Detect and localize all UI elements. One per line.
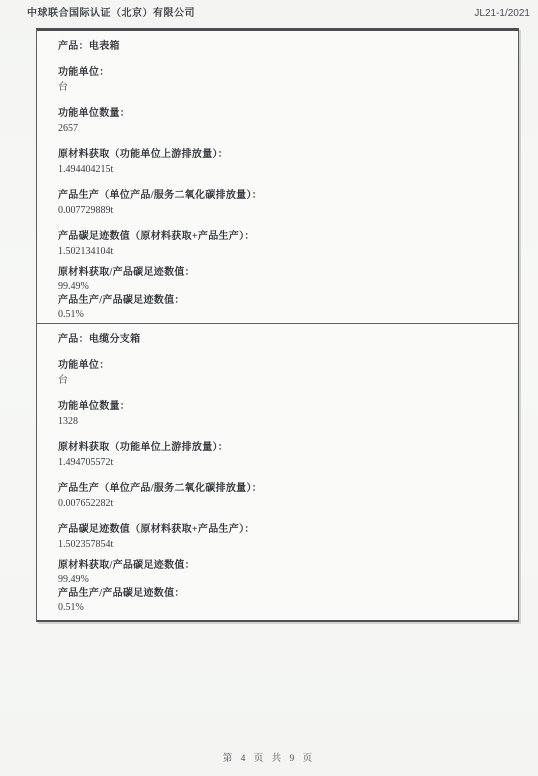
field-carbon-footprint: 产品碳足迹数值（原材料获取+产品生产）： 1.502357854t [58, 522, 500, 552]
field-value: 2657 [58, 121, 500, 136]
ratio-label: 原材料获取/产品碳足迹数值： [58, 266, 500, 280]
field-production: 产品生产（单位产品/服务二氧化碳排放量）： 0.007729889t [58, 188, 500, 218]
field-value: 台 [58, 373, 500, 388]
ratio-value: 99.49% [58, 573, 500, 587]
field-label: 原材料获取（功能单位上游排放量）： [58, 440, 500, 455]
field-label: 产品碳足迹数值（原材料获取+产品生产）： [58, 522, 500, 537]
field-functional-unit: 功能单位： 台 [58, 358, 500, 388]
field-value: 1.494404215t [58, 162, 500, 177]
field-label: 功能单位： [58, 65, 500, 80]
product-name: 电缆分支箱 [89, 334, 141, 345]
field-label: 原材料获取（功能单位上游排放量）： [58, 147, 500, 162]
field-value: 1.494705572t [58, 455, 500, 470]
ratio-section: 原材料获取/产品碳足迹数值： 99.49% 产品生产/产品碳足迹数值： 0.51… [58, 559, 500, 615]
ratio-label: 产品生产/产品碳足迹数值： [58, 587, 500, 601]
field-functional-unit: 功能单位： 台 [58, 65, 500, 95]
product-label: 产品： [58, 41, 89, 52]
page-number: 第 4 页 共 9 页 [0, 750, 538, 764]
field-unit-quantity: 功能单位数量： 2657 [58, 106, 500, 136]
product-title-line: 产品：电缆分支箱 [58, 332, 500, 347]
field-raw-material: 原材料获取（功能单位上游排放量）： 1.494404215t [58, 147, 500, 177]
product-block-1: 产品：电表箱 功能单位： 台 功能单位数量： 2657 原材料获取（功能单位上游… [37, 31, 518, 323]
field-label: 产品碳足迹数值（原材料获取+产品生产）： [58, 229, 500, 244]
ratio-section: 原材料获取/产品碳足迹数值： 99.49% 产品生产/产品碳足迹数值： 0.51… [58, 266, 500, 322]
document-box: 产品：电表箱 功能单位： 台 功能单位数量： 2657 原材料获取（功能单位上游… [36, 28, 519, 622]
field-carbon-footprint: 产品碳足迹数值（原材料获取+产品生产）： 1.502134104t [58, 229, 500, 259]
field-label: 功能单位数量： [58, 399, 500, 414]
field-value: 1.502357854t [58, 537, 500, 552]
field-raw-material: 原材料获取（功能单位上游排放量）： 1.494705572t [58, 440, 500, 470]
field-value: 0.007652282t [58, 496, 500, 511]
ratio-label: 产品生产/产品碳足迹数值： [58, 294, 500, 308]
field-unit-quantity: 功能单位数量： 1328 [58, 399, 500, 429]
product-title-line: 产品：电表箱 [58, 39, 500, 54]
ratio-value: 0.51% [58, 601, 500, 615]
product-block-2: 产品：电缆分支箱 功能单位： 台 功能单位数量： 1328 原材料获取（功能单位… [37, 323, 518, 619]
field-label: 功能单位数量： [58, 106, 500, 121]
company-name: 中球联合国际认证（北京）有限公司 [27, 4, 195, 19]
doc-number: JL21-1/2021 [474, 8, 530, 19]
field-production: 产品生产（单位产品/服务二氧化碳排放量）： 0.007652282t [58, 481, 500, 511]
field-value: 1.502134104t [58, 244, 500, 259]
ratio-value: 0.51% [58, 308, 500, 322]
product-name: 电表箱 [89, 41, 120, 52]
ratio-value: 99.49% [58, 280, 500, 294]
field-label: 功能单位： [58, 358, 500, 373]
field-value: 0.007729889t [58, 203, 500, 218]
product-label: 产品： [58, 334, 89, 345]
field-label: 产品生产（单位产品/服务二氧化碳排放量）： [58, 188, 500, 203]
ratio-label: 原材料获取/产品碳足迹数值： [58, 559, 500, 573]
field-label: 产品生产（单位产品/服务二氧化碳排放量）： [58, 481, 500, 496]
field-value: 1328 [58, 414, 500, 429]
field-value: 台 [58, 80, 500, 95]
page-header: 中球联合国际认证（北京）有限公司 JL21-1/2021 [27, 4, 530, 19]
